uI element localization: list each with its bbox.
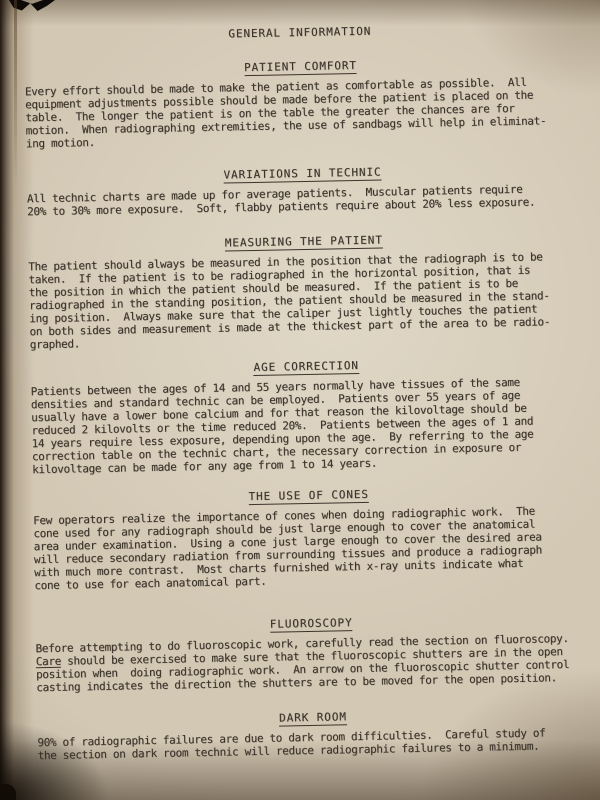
section-the-use-of-cones: THE USE OF CONES Few operators realize t… [33,484,587,593]
section-body-patient-comfort: Every effort should be made to make the … [25,75,578,151]
section-age-correction: AGE CORRECTION Patients between the ages… [30,355,584,477]
section-variations-in-technic: VARIATIONS IN TECHNIC All technic charts… [26,162,579,219]
photo-corner-mark [9,0,55,11]
section-body-dark-room: 90% of radiographic failures are due to … [37,726,589,763]
section-body-variations-in-technic: All technic charts are made up for avera… [27,182,579,219]
fluoroscopy-underlined-word: Care [36,656,61,668]
page-content: GENERAL INFORMATION PATIENT COMFORT Ever… [24,21,590,762]
section-body-age-correction: Patients between the ages of 14 and 55 y… [31,375,585,477]
section-measuring-the-patient: MEASURING THE PATIENT The patient should… [28,230,582,352]
section-body-fluoroscopy: Before attempting to do fluoroscopic wor… [35,632,588,695]
section-body-the-use-of-cones: Few operators realize the importance of … [33,504,586,593]
photo-bottom-left-shadow [0,784,16,800]
section-dark-room: DARK ROOM 90% of radiographic failures a… [37,706,590,763]
section-fluoroscopy: FLUOROSCOPY Before attempting to do fluo… [35,612,588,695]
section-patient-comfort: PATIENT COMFORT Every effort should be m… [24,55,578,151]
book-gutter-crease [14,0,17,190]
document-page-photo: GENERAL INFORMATION PATIENT COMFORT Ever… [0,0,600,800]
section-body-measuring-the-patient: The patient should always be measured in… [28,250,582,352]
page-title: GENERAL INFORMATION [24,21,576,46]
page-title-text: GENERAL INFORMATION [228,25,371,42]
